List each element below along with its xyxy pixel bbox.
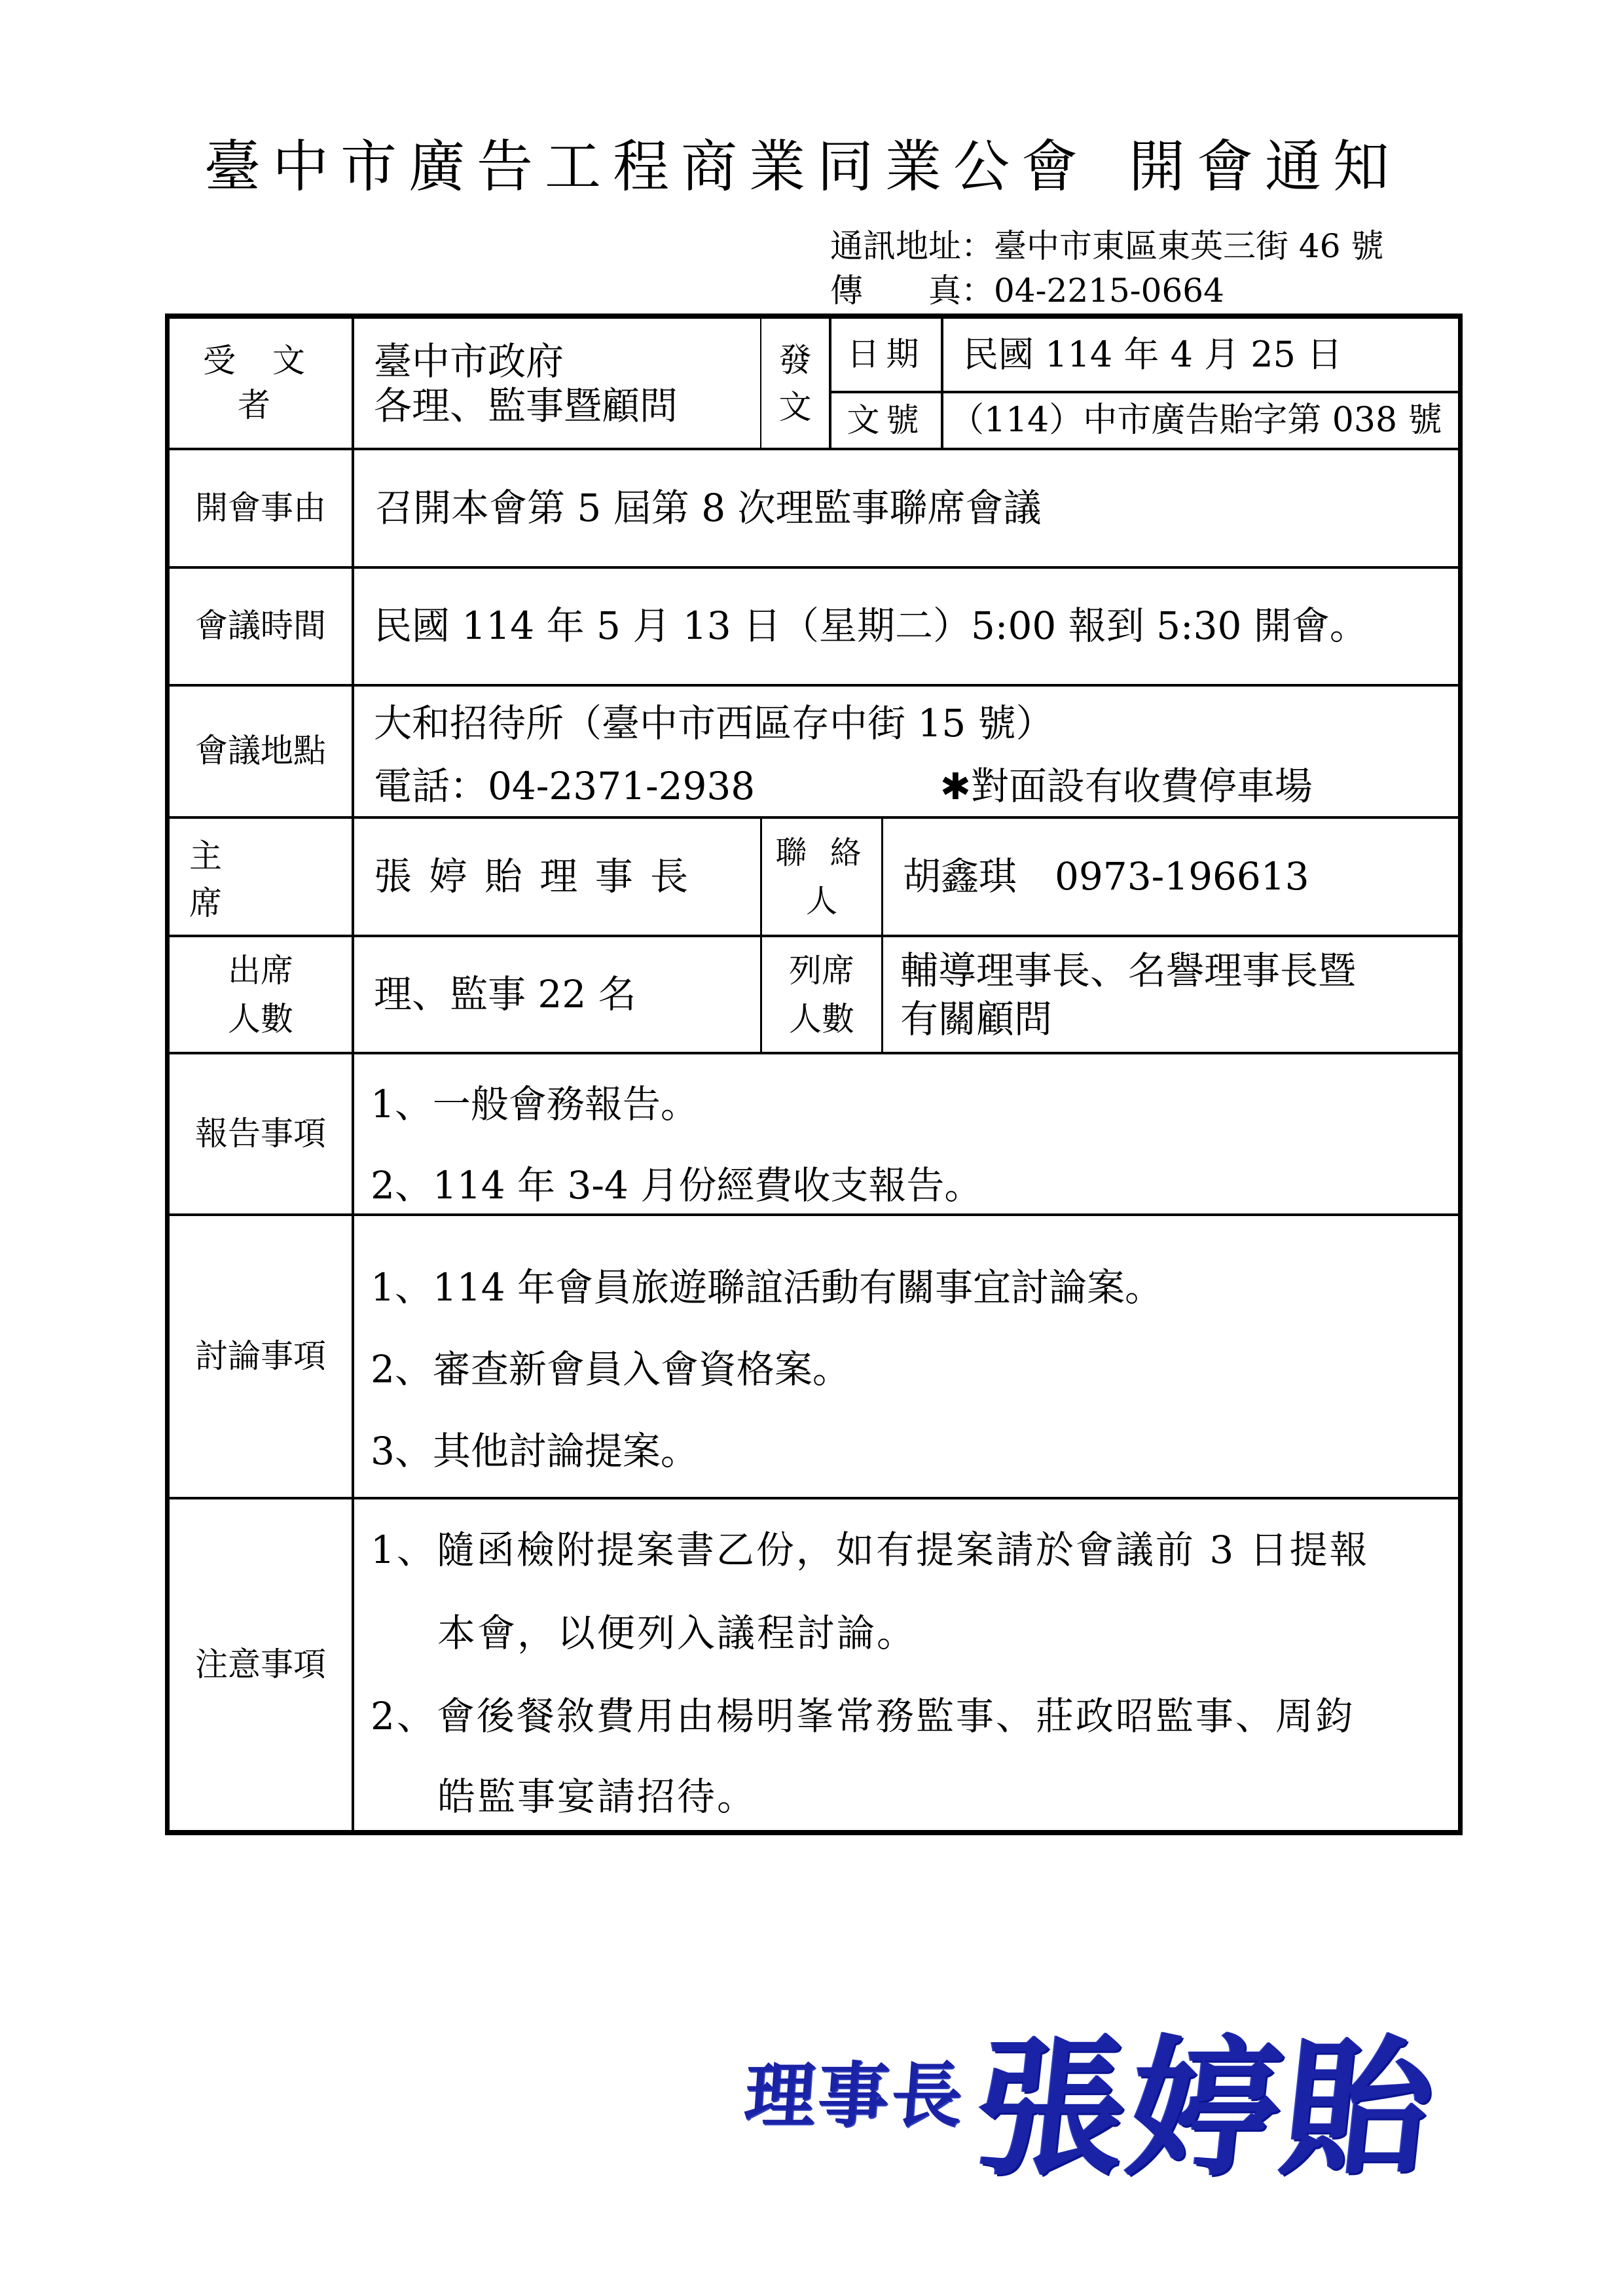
document-type: 開會通知: [1129, 134, 1401, 200]
observer-value: 輔導理事長、名譽理事長暨 有關顧問: [883, 937, 1458, 1052]
parking-note-text: 對面設有收費停車場: [971, 764, 1313, 808]
dispatch-date: 民國 114 年 4 月 25 日: [943, 319, 1458, 391]
fax-label: 傳 真：: [830, 272, 994, 310]
note-line: 2、會後餐敘費用由楊明峯常務監事、莊政昭監事、周鈞: [371, 1693, 1355, 1739]
row-divider: [165, 1497, 1463, 1499]
note-line: 本會，以便列入議程討論。: [437, 1610, 917, 1656]
purpose-label: 開會事由: [170, 450, 352, 566]
reports-label: 報告事項: [170, 1054, 352, 1213]
report-item: 1、一般會務報告。: [371, 1081, 699, 1127]
purpose-value: 召開本會第 5 屆第 8 次理監事聯席會議: [354, 450, 1458, 566]
contact-value: 胡鑫琪 0973-196613: [883, 819, 1458, 935]
row-divider: [165, 1213, 1463, 1216]
discussion-item: 3、其他討論提案。: [371, 1428, 699, 1474]
contact-label: 聯 絡 人: [762, 819, 881, 935]
observer-line: 輔導理事長、名譽理事長暨: [900, 946, 1356, 995]
recipient-line: 臺中市政府: [374, 339, 678, 384]
parking-note: ✱對面設有收費停車場: [940, 763, 1313, 810]
number-label: 文號: [831, 393, 941, 448]
address-value: 臺中市東區東英三街 46 號: [994, 227, 1383, 265]
asterisk-icon: ✱: [940, 766, 971, 808]
discussion-item: 1、114 年會員旅遊聯誼活動有關事宜討論案。: [371, 1265, 1163, 1310]
number-label-text: 文號: [847, 399, 926, 443]
note-line: 1、隨函檢附提案書乙份，如有提案請於會議前 3 日提報: [371, 1527, 1370, 1573]
contact-label-line: 聯 絡: [775, 829, 867, 877]
dispatch-label: 發文: [761, 319, 829, 448]
observer-line: 有關顧問: [900, 995, 1356, 1043]
attendance-label-line: 出席: [228, 946, 293, 995]
recipient-label-text: 受 文 者: [170, 339, 352, 427]
attendance-label-line: 人數: [228, 995, 293, 1043]
chair-label-text: 主 席: [189, 830, 331, 924]
table-border-right: [1458, 314, 1463, 1835]
dispatch-label-text: 發文: [778, 336, 812, 431]
row-divider: [165, 684, 1463, 687]
page-title: 臺中市廣告工程商業同業公會開會通知: [204, 131, 1401, 203]
location-phone: 電話：04-2371-2938: [374, 763, 755, 809]
date-label: 日期: [831, 319, 941, 391]
attendance-value: 理、監事 22 名: [354, 937, 760, 1052]
signature-name: 張婷貽: [967, 1990, 1449, 2204]
location-label: 會議地點: [170, 687, 352, 816]
row-divider: [165, 1052, 1463, 1054]
fax-line: 傳 真：04-2215-0664: [830, 271, 1224, 310]
time-label: 會議時間: [170, 569, 352, 684]
observer-label-line: 人數: [789, 995, 854, 1043]
recipient-line: 各理、監事暨顧問: [374, 384, 678, 428]
dispatch-number: （114）中市廣告貽字第 038 號: [943, 393, 1458, 448]
chair-value: 張 婷 貽 理 事 長: [354, 819, 760, 935]
discussion-item: 2、審查新會員入會資格案。: [371, 1346, 850, 1392]
date-label-text: 日期: [847, 332, 926, 377]
time-value: 民國 114 年 5 月 13 日（星期二）5:00 報到 5:30 開會。: [354, 569, 1458, 684]
recipient-label: 受 文 者: [170, 319, 352, 448]
signature-title: 理事長: [742, 2039, 969, 2140]
table-border-bottom: [165, 1830, 1463, 1835]
report-item: 2、114 年 3-4 月份經費收支報告。: [371, 1162, 982, 1208]
recipient-value: 臺中市政府 各理、監事暨顧問: [354, 319, 760, 448]
address-label: 通訊地址：: [830, 227, 994, 265]
observer-label: 列席 人數: [762, 937, 881, 1052]
contact-label-line: 人: [806, 877, 837, 925]
discussion-label: 討論事項: [170, 1216, 352, 1497]
note-line: 皓監事宴請招待。: [437, 1774, 757, 1820]
fax-value: 04-2215-0664: [994, 272, 1224, 310]
attendance-label: 出席 人數: [170, 937, 352, 1052]
observer-label-line: 列席: [789, 946, 854, 995]
address-line: 通訊地址：臺中市東區東英三街 46 號: [830, 226, 1383, 266]
location-venue: 大和招待所（臺中市西區存中街 15 號）: [374, 700, 1054, 746]
table-border-left: [165, 314, 170, 1835]
notes-label: 注意事項: [170, 1499, 352, 1830]
table-border-top: [165, 314, 1463, 319]
org-name: 臺中市廣告工程商業同業公會: [204, 134, 1089, 200]
chair-label: 主 席: [170, 819, 352, 935]
